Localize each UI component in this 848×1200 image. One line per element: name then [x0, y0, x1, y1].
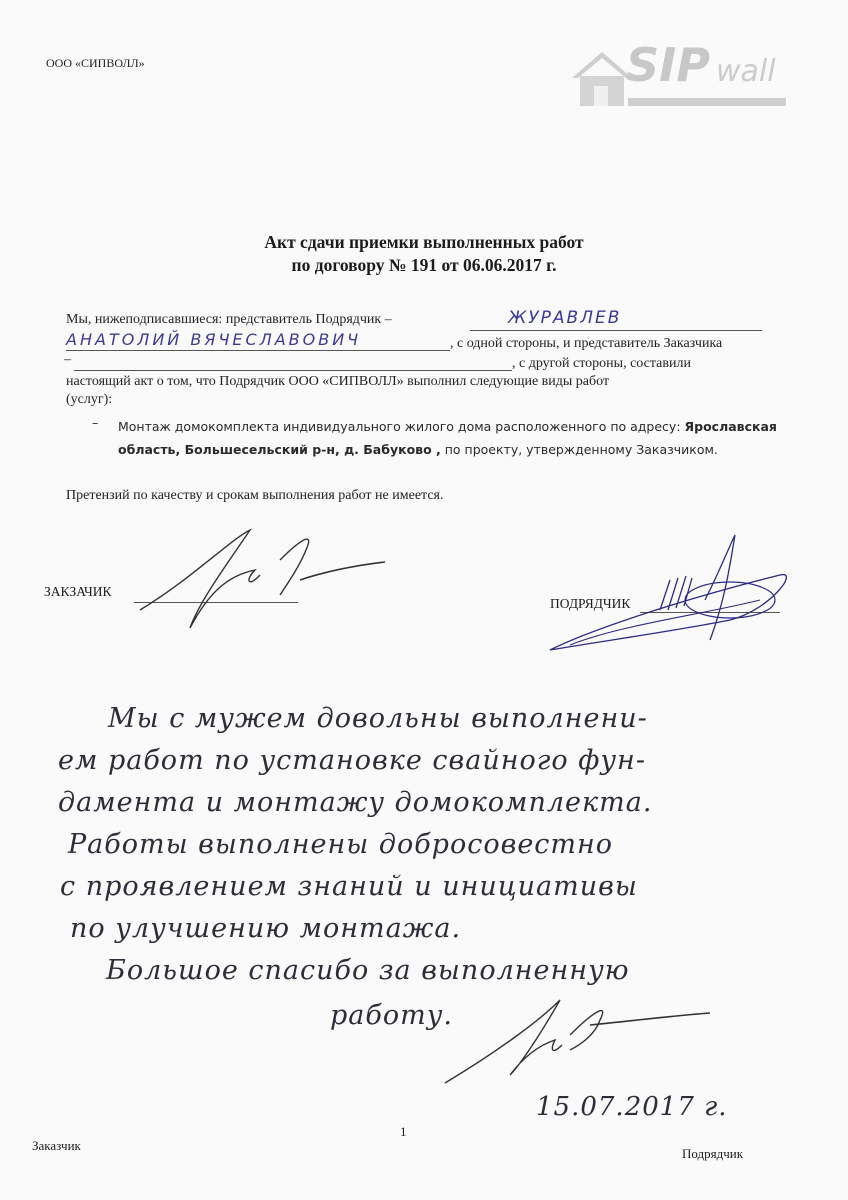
work-item-text-end: по проекту, утвержденному Заказчиком.: [441, 442, 718, 457]
customer-rep-blank: [74, 370, 512, 371]
contractor-signature: [530, 530, 800, 660]
intro-line-4: настоящий акт о том, что Подрядчик ООО «…: [66, 374, 609, 390]
note-line-1: Мы с мужем довольны выполнени-: [108, 703, 648, 734]
company-logo: SIP wall: [566, 44, 796, 110]
document-subtitle: по договору № 191 от 06.06.2017 г.: [0, 253, 848, 277]
document-title: Акт сдачи приемки выполненных работ: [0, 230, 848, 254]
footer-customer: Заказчик: [32, 1138, 81, 1154]
note-date: 15.07.2017 г.: [536, 1092, 728, 1122]
note-line-2: ем работ по установке свайного фун-: [58, 745, 646, 776]
intro-line-3: , с другой стороны, составили: [512, 356, 691, 372]
intro-line-2: , с одной стороны, и представитель Заказ…: [450, 336, 722, 352]
company-name: ООО «СИПВОЛЛ»: [46, 56, 145, 71]
contractor-rep-blank-1: [470, 330, 762, 331]
contractor-rep-surname: ЖУРАВЛЕВ: [508, 308, 621, 328]
contractor-rep-name: АНАТОЛИЙ ВЯЧЕСЛАВОВИЧ: [66, 330, 361, 349]
customer-signature-note: [440, 995, 740, 1095]
work-item: Монтаж домокомплекта индивидуального жил…: [118, 415, 808, 461]
contractor-rep-blank-2: [66, 350, 450, 351]
work-item-text: Монтаж домокомплекта индивидуального жил…: [118, 419, 685, 434]
work-item-address-1: Ярославская: [685, 419, 777, 434]
customer-signature: [130, 520, 410, 630]
note-line-3: дамента и монтажу домокомплекта.: [58, 787, 652, 818]
note-line-6: по улучшению монтажа.: [70, 913, 461, 944]
note-line-5: с проявлением знаний и инициативы: [60, 871, 638, 902]
intro-line-1: Мы, нижеподписавшиеся: представитель Под…: [66, 312, 392, 328]
intro-dash: –: [64, 352, 71, 368]
intro-line-5: (услуг):: [66, 392, 112, 408]
logo-text-main: SIP: [626, 38, 710, 92]
work-item-address-2: область, Большесельский р-н, д. Бабуково…: [118, 442, 441, 457]
work-item-dash: –: [92, 415, 98, 430]
logo-text-secondary: wall: [716, 54, 776, 89]
note-line-8: работу.: [330, 1000, 453, 1031]
page-number: 1: [400, 1124, 407, 1140]
claims-statement: Претензий по качеству и срокам выполнени…: [66, 488, 443, 504]
footer-contractor: Подрядчик: [682, 1146, 743, 1162]
customer-signature-label: ЗАКЗАЧИК: [44, 584, 112, 600]
note-line-7: Большое спасибо за выполненную: [106, 955, 630, 986]
note-line-4: Работы выполнены добросовестно: [68, 829, 613, 860]
